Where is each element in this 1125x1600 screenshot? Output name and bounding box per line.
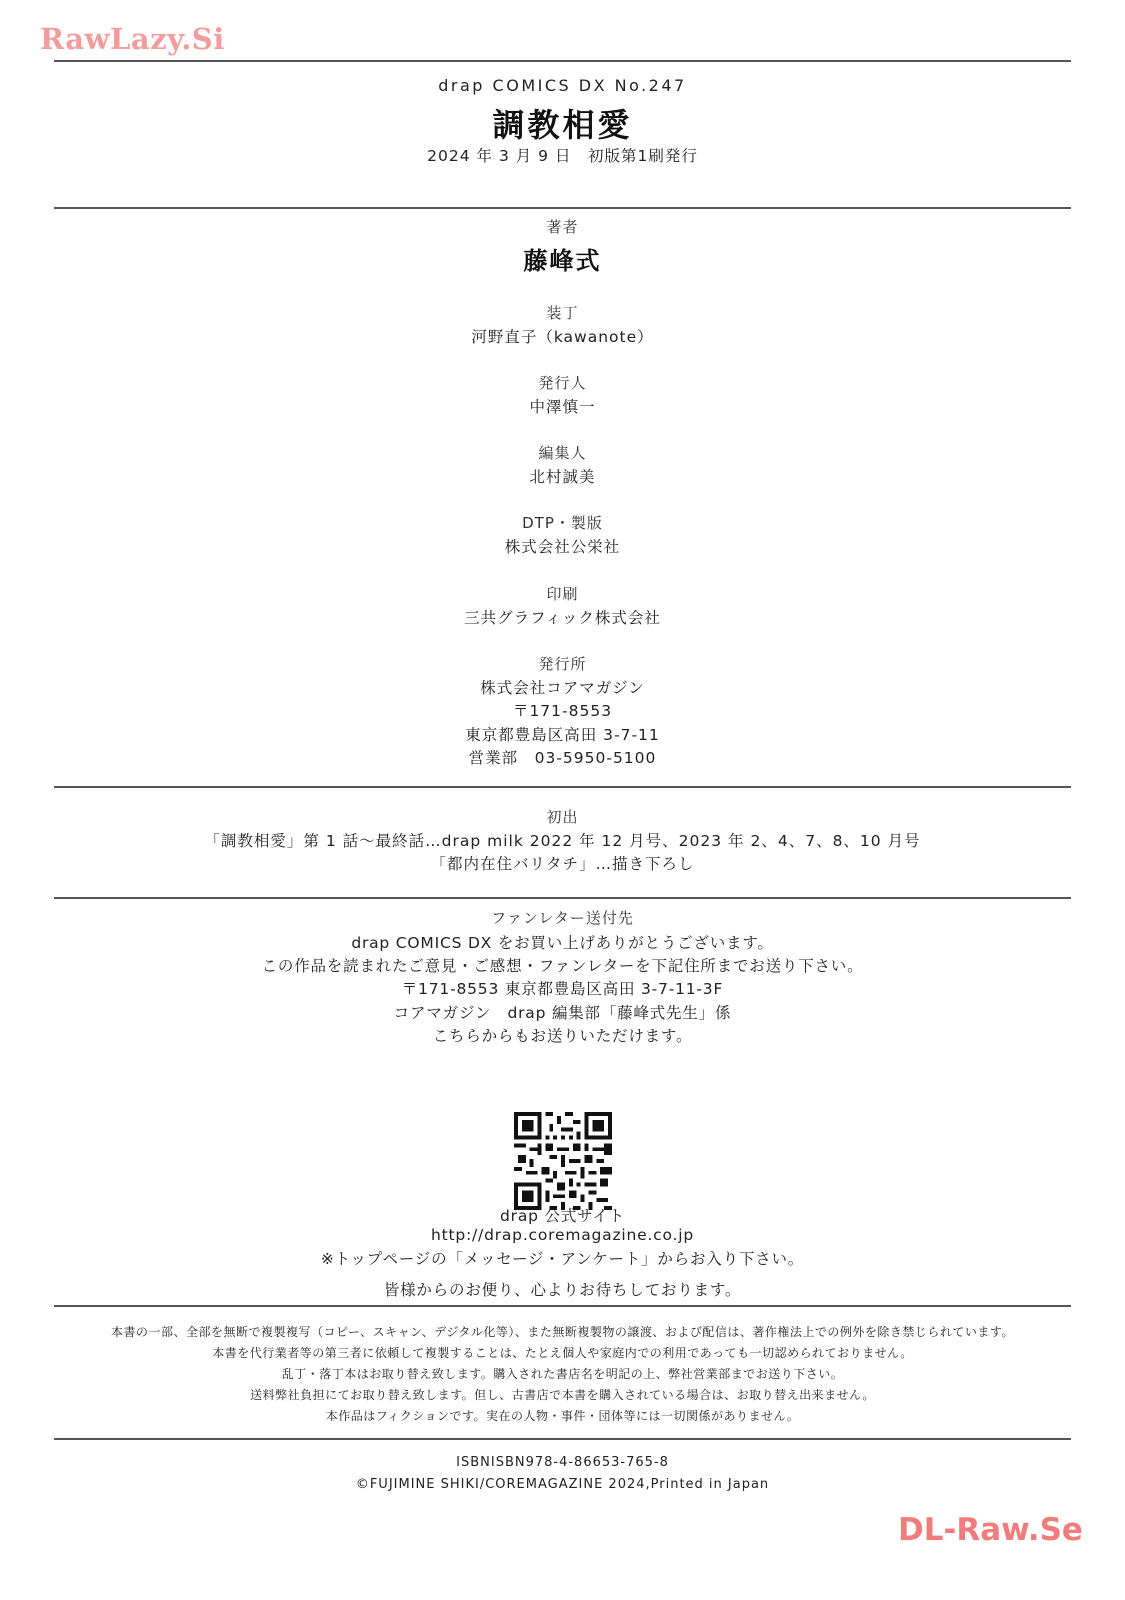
divider	[54, 786, 1071, 788]
fan-letter-label: ファンレター送付先	[0, 907, 1125, 928]
credit-label-dtp: DTP・製版	[0, 512, 1125, 533]
publisher-postal: 〒171-8553	[0, 699, 1125, 721]
credit-label-publisher: 発行人	[0, 372, 1125, 393]
first-appearance-line: 「調教相愛」第 1 話〜最終話…drap milk 2022 年 12 月号、2…	[0, 829, 1125, 851]
legal-notice: 送料弊社負担にてお取り替え致します。但し、古書店で本書を購入されている場合は、お…	[0, 1386, 1125, 1403]
qr-code-icon[interactable]	[514, 1112, 612, 1210]
divider	[54, 207, 1071, 209]
closing-message: 皆様からのお便り、心よりお待ちしております。	[0, 1278, 1125, 1300]
fan-letter-recipient: コアマガジン drap 編集部「藤峰式先生」係	[0, 1001, 1125, 1023]
fan-letter-line: この作品を読まれたご意見・ご感想・ファンレターを下記住所までお送り下さい。	[0, 954, 1125, 976]
divider	[54, 1305, 1071, 1307]
website-label: drap 公式サイト	[0, 1204, 1125, 1226]
watermark-top: RawLazy.Si	[40, 22, 225, 56]
book-title: 調教相愛	[0, 100, 1125, 146]
divider	[54, 60, 1071, 62]
publisher-name: 株式会社コアマガジン	[0, 676, 1125, 698]
publisher-phone: 営業部 03-5950-5100	[0, 746, 1125, 768]
fan-letter-address: 〒171-8553 東京都豊島区高田 3-7-11-3F	[0, 977, 1125, 999]
legal-notice: 本書を代行業者等の第三者に依頼して複製することは、たとえ個人や家庭内での利用であ…	[0, 1344, 1125, 1361]
website-url-link[interactable]: http://drap.coremagazine.co.jp	[0, 1226, 1125, 1244]
website-note: ※トップページの「メッセージ・アンケート」からお入り下さい。	[0, 1247, 1125, 1269]
fan-letter-line: こちらからもお送りいただけます。	[0, 1024, 1125, 1046]
divider	[54, 897, 1071, 899]
credit-value-design: 河野直子（kawanote）	[0, 325, 1125, 347]
credit-value-printing: 三共グラフィック株式会社	[0, 606, 1125, 628]
credit-value-author: 藤峰式	[0, 241, 1125, 276]
credit-value-dtp: 株式会社公栄社	[0, 535, 1125, 557]
publisher-address: 東京都豊島区高田 3-7-11	[0, 723, 1125, 745]
isbn: ISBNISBN978-4-86653-765-8	[0, 1455, 1125, 1470]
divider	[54, 1438, 1071, 1440]
first-appearance-label: 初出	[0, 806, 1125, 827]
credit-value-publisher: 中澤慎一	[0, 395, 1125, 417]
legal-notice: 乱丁・落丁本はお取り替え致します。購入された書店名を明記の上、弊社営業部までお送…	[0, 1365, 1125, 1382]
credit-label-design: 装丁	[0, 302, 1125, 323]
series-name: drap COMICS DX No.247	[0, 76, 1125, 95]
legal-notice: 本作品はフィクションです。実在の人物・事件・団体等には一切関係がありません。	[0, 1407, 1125, 1424]
credit-label-editor: 編集人	[0, 442, 1125, 463]
publish-date: 2024 年 3 月 9 日 初版第1刷発行	[0, 144, 1125, 166]
publisher-label: 発行所	[0, 653, 1125, 674]
first-appearance-line: 「都内在住バリタチ」…描き下ろし	[0, 852, 1125, 874]
credit-label-printing: 印刷	[0, 583, 1125, 604]
legal-notice: 本書の一部、全部を無断で複製複写（コピー、スキャン、デジタル化等）、また無断複製…	[0, 1323, 1125, 1340]
watermark-bottom: DL-Raw.Se	[898, 1512, 1083, 1548]
credit-value-editor: 北村誠美	[0, 465, 1125, 487]
fan-letter-line: drap COMICS DX をお買い上げありがとうございます。	[0, 931, 1125, 953]
copyright: ©FUJIMINE SHIKI/COREMAGAZINE 2024,Printe…	[0, 1477, 1125, 1492]
credit-label-author: 著者	[0, 216, 1125, 237]
